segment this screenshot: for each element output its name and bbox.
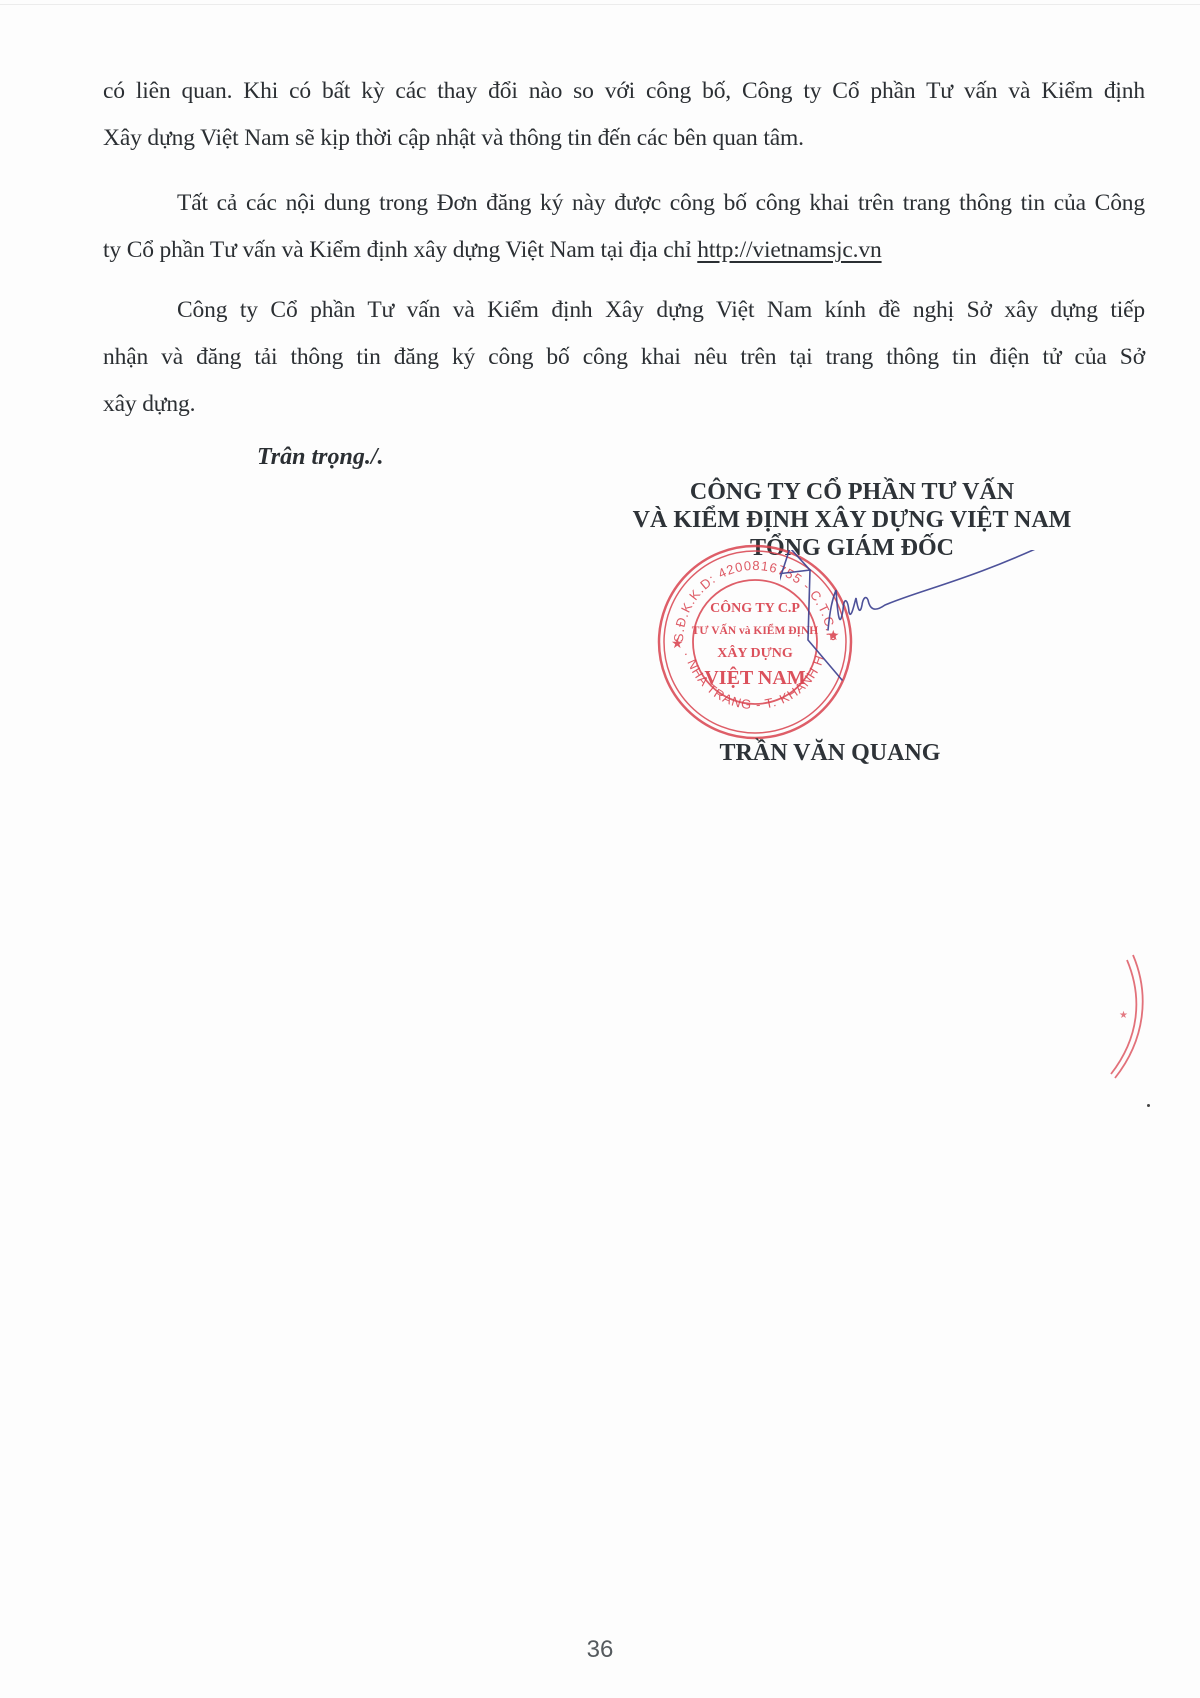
text-line: Xây dựng Việt Nam sẽ kịp thời cập nhật v…	[103, 115, 1145, 162]
company-name-line-1: CÔNG TY CỔ PHẦN TƯ VẤN	[612, 478, 1092, 506]
text-line: Tất cả các nội dung trong Đơn đăng ký nà…	[103, 180, 1145, 227]
paragraph-1: có liên quan. Khi có bất kỳ các thay đổi…	[103, 68, 1145, 162]
text-line: có liên quan. Khi có bất kỳ các thay đổi…	[103, 68, 1145, 115]
text-line: nhận và đăng tải thông tin đăng ký công …	[103, 334, 1145, 381]
text-line: ty Cổ phần Tư vấn và Kiểm định xây dựng …	[103, 227, 1145, 274]
page-number: 36	[580, 1636, 620, 1664]
partial-seal-edge: ★	[1095, 950, 1155, 1080]
scan-speck	[1147, 1104, 1150, 1107]
text-line: Công ty Cổ phần Tư vấn và Kiểm định Xây …	[103, 287, 1145, 334]
signer-name: TRẦN VĂN QUANG	[700, 740, 960, 767]
svg-text:★: ★	[671, 635, 684, 651]
text-line: xây dựng.	[103, 381, 1145, 428]
document-page: có liên quan. Khi có bất kỳ các thay đổi…	[0, 0, 1200, 1698]
handwritten-signature	[780, 550, 1060, 700]
paragraph-3: Công ty Cổ phần Tư vấn và Kiểm định Xây …	[103, 287, 1145, 428]
paragraph-2: Tất cả các nội dung trong Đơn đăng ký nà…	[103, 180, 1145, 274]
website-link[interactable]: http://vietnamsjc.vn	[697, 237, 881, 263]
star-mark-icon: ★	[1119, 1010, 1128, 1021]
closing-salutation: Trân trọng./.	[257, 444, 383, 471]
company-name-line-2: VÀ KIỂM ĐỊNH XÂY DỰNG VIỆT NAM	[612, 506, 1092, 534]
text-fragment: ty Cổ phần Tư vấn và Kiểm định xây dựng …	[103, 237, 697, 263]
scan-edge-line	[0, 4, 1200, 5]
